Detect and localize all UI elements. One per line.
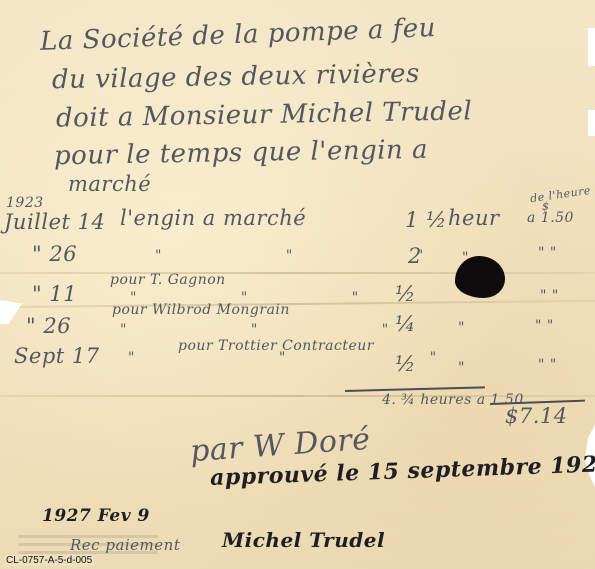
torn-edge: [0, 300, 22, 324]
entry-hours: 1 ½: [405, 208, 447, 232]
scanned-document: La Société de la pompe a feu du vilage d…: [0, 0, 595, 569]
payment-received: Rec paiement: [70, 536, 180, 554]
header-line-4: pour le temps que l'engin a: [54, 135, 429, 172]
entry-unit: heur: [448, 206, 500, 230]
entry-description: " " ": [128, 350, 506, 366]
total-hours: 4. ¾ heures a 1.50: [382, 392, 524, 408]
total-hours-rule: [345, 386, 485, 391]
torn-edge: [588, 28, 595, 66]
header-line-3: doit a Monsieur Michel Trudel: [56, 96, 473, 133]
year-label: 1923: [6, 195, 44, 211]
entry-rate: " ": [535, 318, 554, 334]
entry-description: l'engin a marché: [120, 206, 306, 230]
signature: Michel Trudel: [222, 528, 385, 552]
entry-date: " 26: [26, 314, 71, 338]
torn-edge: [588, 110, 595, 136]
entry-rate: " ": [538, 245, 557, 261]
entry-unit: ": [458, 320, 465, 336]
fold-line: [0, 272, 595, 274]
entry-hours: ½: [395, 352, 416, 376]
entry-rate: " ": [538, 357, 557, 373]
ink-blot: [455, 256, 505, 298]
header-line-5: marché: [68, 172, 151, 196]
entry-unit: ": [458, 360, 465, 376]
archive-reference: CL-0757-A-5-d-005: [4, 555, 94, 566]
header-line-2: du vilage des deux rivières: [52, 59, 420, 95]
rate-note-label: de l'heure: [529, 184, 591, 205]
entry-date: Sept 17: [14, 344, 100, 368]
entry-for: pour T. Gagnon: [110, 272, 226, 288]
entry-rate: a 1.50: [527, 210, 574, 226]
total-amount: $7.14: [505, 404, 568, 428]
payment-date: 1927 Fev 9: [42, 506, 150, 526]
header-line-1: La Société de la pompe a feu: [40, 13, 437, 57]
entry-rate: " ": [540, 288, 559, 304]
entry-hours: ½: [395, 282, 416, 306]
entry-date: Juillet 14: [4, 210, 105, 234]
entry-description: " " ": [155, 248, 483, 264]
entry-hours: 2: [408, 244, 422, 268]
entry-hours: ¼: [395, 312, 416, 336]
entry-date: " 11: [32, 282, 77, 306]
entry-for: pour Wilbrod Mongrain: [112, 302, 290, 318]
entry-date: " 26: [32, 242, 77, 266]
